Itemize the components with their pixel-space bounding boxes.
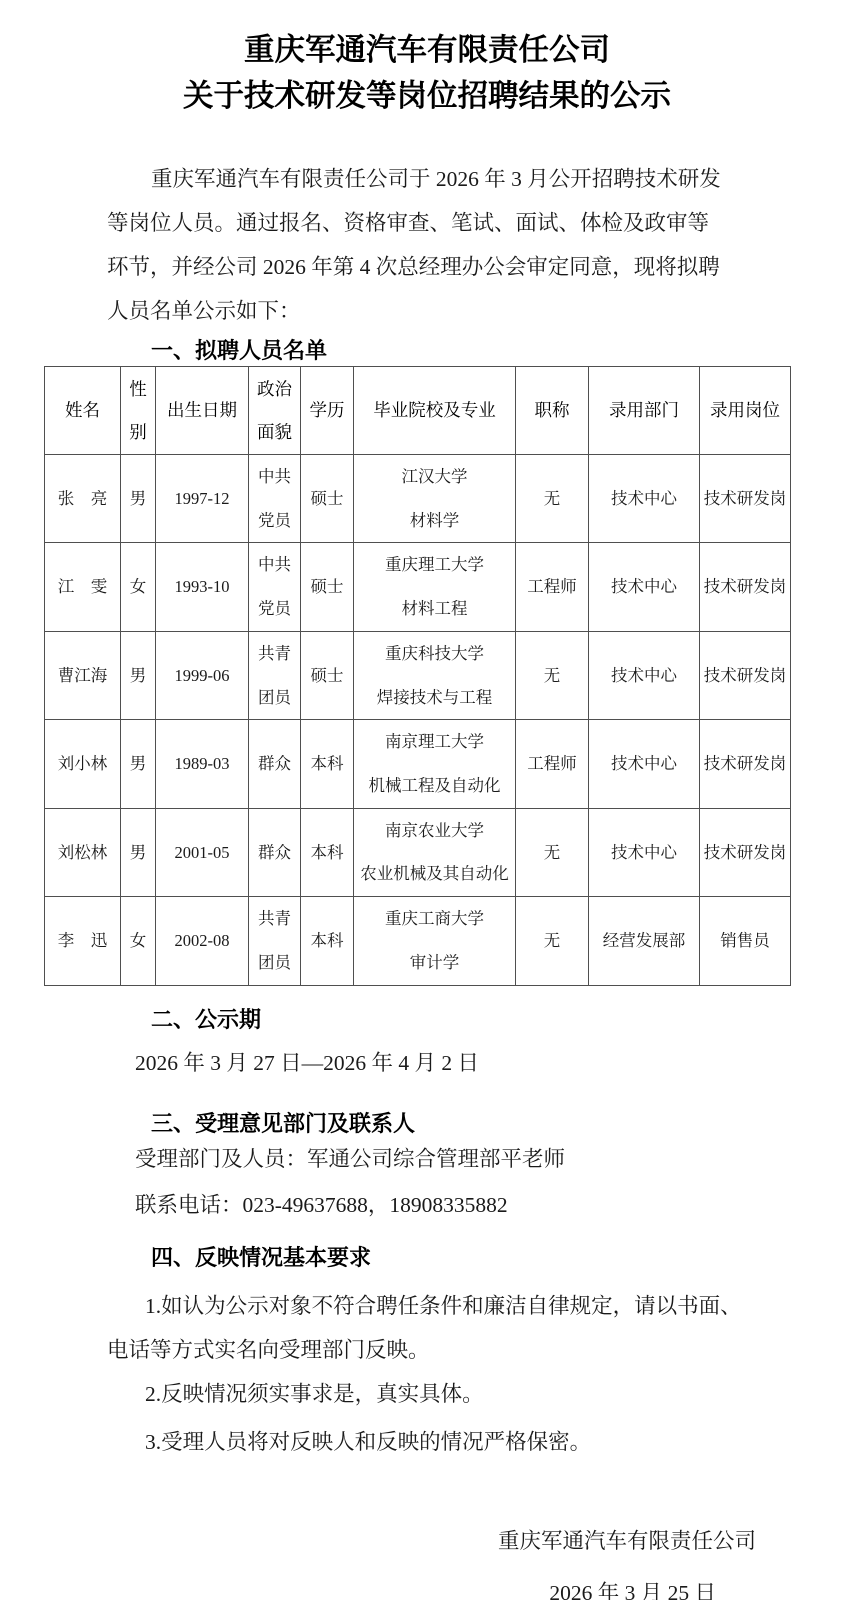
requirement-item-2: 2.反映情况须实事求是，真实具体。 <box>107 1372 854 1416</box>
cell-name: 江 雯 <box>45 543 121 631</box>
cell-political-status: 中共 党员 <box>249 455 301 543</box>
cell-department: 经营发展部 <box>589 897 700 985</box>
requirement-item-1-line2: 电话等方式实名向受理部门反映。 <box>107 1328 854 1372</box>
cell-school-major: 重庆理工大学 材料工程 <box>354 543 516 631</box>
cell-gender: 男 <box>121 455 156 543</box>
announcement-document: 重庆军通汽车有限责任公司 关于技术研发等岗位招聘结果的公示 重庆军通汽车有限责任… <box>0 0 854 1600</box>
cell-name: 张 亮 <box>45 455 121 543</box>
table-head: 姓名性 别出生日期政治 面貌学历毕业院校及专业职称录用部门录用岗位 <box>45 367 791 455</box>
contact-phone-line: 联系电话：023-49637688，18908335882 <box>135 1190 854 1220</box>
cell-school-major: 南京农业大学 农业机械及其自动化 <box>354 808 516 896</box>
hire-table: 姓名性 别出生日期政治 面貌学历毕业院校及专业职称录用部门录用岗位 张 亮男19… <box>44 366 791 986</box>
cell-post: 技术研发岗 <box>700 543 791 631</box>
column-header: 毕业院校及专业 <box>354 367 516 455</box>
cell-title: 无 <box>516 455 589 543</box>
intro-line-3: 环节，并经公司 2026 年第 4 次总经理办公会审定同意，现将拟聘 <box>107 245 806 289</box>
cell-political-status: 共青 团员 <box>249 631 301 719</box>
cell-title: 无 <box>516 897 589 985</box>
cell-department: 技术中心 <box>589 808 700 896</box>
cell-birth-date: 1993-10 <box>156 543 249 631</box>
intro-line-2: 等岗位人员。通过报名、资格审查、笔试、面试、体检及政审等 <box>107 201 806 245</box>
column-header: 录用岗位 <box>700 367 791 455</box>
column-header: 政治 面貌 <box>249 367 301 455</box>
column-header: 出生日期 <box>156 367 249 455</box>
cell-gender: 男 <box>121 808 156 896</box>
cell-political-status: 中共 党员 <box>249 543 301 631</box>
section4-heading: 四、反映情况基本要求 <box>151 1244 854 1272</box>
intro-line-4: 人员名单公示如下： <box>107 289 806 333</box>
cell-degree: 硕士 <box>301 631 354 719</box>
cell-school-major: 重庆工商大学 审计学 <box>354 897 516 985</box>
table-row: 刘松林男2001-05群众本科南京农业大学 农业机械及其自动化无技术中心技术研发… <box>45 808 791 896</box>
cell-department: 技术中心 <box>589 631 700 719</box>
requirement-item-3: 3.受理人员将对反映人和反映的情况严格保密。 <box>107 1420 854 1464</box>
cell-gender: 女 <box>121 543 156 631</box>
cell-name: 李 迅 <box>45 897 121 985</box>
cell-political-status: 共青 团员 <box>249 897 301 985</box>
table-row: 刘小林男1989-03群众本科南京理工大学 机械工程及自动化工程师技术中心技术研… <box>45 720 791 808</box>
cell-title: 工程师 <box>516 543 589 631</box>
cell-school-major: 重庆科技大学 焊接技术与工程 <box>354 631 516 719</box>
signature-company: 重庆军通汽车有限责任公司 <box>0 1526 854 1556</box>
cell-post: 技术研发岗 <box>700 455 791 543</box>
section1-heading: 一、拟聘人员名单 <box>151 337 854 365</box>
cell-birth-date: 2001-05 <box>156 808 249 896</box>
signature-date: 2026 年 3 月 25 日 <box>0 1578 854 1600</box>
cell-school-major: 南京理工大学 机械工程及自动化 <box>354 720 516 808</box>
column-header: 姓名 <box>45 367 121 455</box>
cell-name: 曹江海 <box>45 631 121 719</box>
table-row: 江 雯女1993-10中共 党员硕士重庆理工大学 材料工程工程师技术中心技术研发… <box>45 543 791 631</box>
table-body: 张 亮男1997-12中共 党员硕士江汉大学 材料学无技术中心技术研发岗江 雯女… <box>45 455 791 986</box>
title-block: 重庆军通汽车有限责任公司 关于技术研发等岗位招聘结果的公示 <box>0 0 854 119</box>
section3-heading: 三、受理意见部门及联系人 <box>151 1110 854 1138</box>
cell-school-major: 江汉大学 材料学 <box>354 455 516 543</box>
cell-degree: 硕士 <box>301 543 354 631</box>
cell-title: 无 <box>516 631 589 719</box>
cell-department: 技术中心 <box>589 455 700 543</box>
column-header: 性 别 <box>121 367 156 455</box>
signature-block: 重庆军通汽车有限责任公司 2026 年 3 月 25 日 <box>0 1526 854 1600</box>
cell-post: 技术研发岗 <box>700 720 791 808</box>
cell-birth-date: 2002-08 <box>156 897 249 985</box>
cell-post: 技术研发岗 <box>700 631 791 719</box>
doc-title-line2: 关于技术研发等岗位招聘结果的公示 <box>0 73 854 119</box>
cell-post: 销售员 <box>700 897 791 985</box>
table-row: 曹江海男1999-06共青 团员硕士重庆科技大学 焊接技术与工程无技术中心技术研… <box>45 631 791 719</box>
column-header: 职称 <box>516 367 589 455</box>
cell-post: 技术研发岗 <box>700 808 791 896</box>
section2-heading: 二、公示期 <box>151 1006 854 1034</box>
table-row: 李 迅女2002-08共青 团员本科重庆工商大学 审计学无经营发展部销售员 <box>45 897 791 985</box>
cell-political-status: 群众 <box>249 808 301 896</box>
cell-birth-date: 1989-03 <box>156 720 249 808</box>
doc-title-line1: 重庆军通汽车有限责任公司 <box>0 27 854 73</box>
cell-degree: 本科 <box>301 720 354 808</box>
cell-department: 技术中心 <box>589 543 700 631</box>
cell-gender: 男 <box>121 720 156 808</box>
intro-paragraph: 重庆军通汽车有限责任公司于 2026 年 3 月公开招聘技术研发 等岗位人员。通… <box>107 157 806 333</box>
contact-department-line: 受理部门及人员：军通公司综合管理部平老师 <box>135 1144 854 1174</box>
cell-title: 工程师 <box>516 720 589 808</box>
cell-degree: 本科 <box>301 897 354 985</box>
cell-name: 刘松林 <box>45 808 121 896</box>
cell-degree: 硕士 <box>301 455 354 543</box>
intro-line-1: 重庆军通汽车有限责任公司于 2026 年 3 月公开招聘技术研发 <box>107 157 806 201</box>
cell-name: 刘小林 <box>45 720 121 808</box>
cell-birth-date: 1997-12 <box>156 455 249 543</box>
column-header: 录用部门 <box>589 367 700 455</box>
cell-birth-date: 1999-06 <box>156 631 249 719</box>
cell-degree: 本科 <box>301 808 354 896</box>
cell-political-status: 群众 <box>249 720 301 808</box>
requirement-item-1-line1: 1.如认为公示对象不符合聘任条件和廉洁自律规定，请以书面、 <box>107 1284 854 1328</box>
table-header-row: 姓名性 别出生日期政治 面貌学历毕业院校及专业职称录用部门录用岗位 <box>45 367 791 455</box>
cell-title: 无 <box>516 808 589 896</box>
cell-gender: 女 <box>121 897 156 985</box>
column-header: 学历 <box>301 367 354 455</box>
publicity-period: 2026 年 3 月 27 日—2026 年 4 月 2 日 <box>135 1048 854 1078</box>
cell-gender: 男 <box>121 631 156 719</box>
table-row: 张 亮男1997-12中共 党员硕士江汉大学 材料学无技术中心技术研发岗 <box>45 455 791 543</box>
cell-department: 技术中心 <box>589 720 700 808</box>
